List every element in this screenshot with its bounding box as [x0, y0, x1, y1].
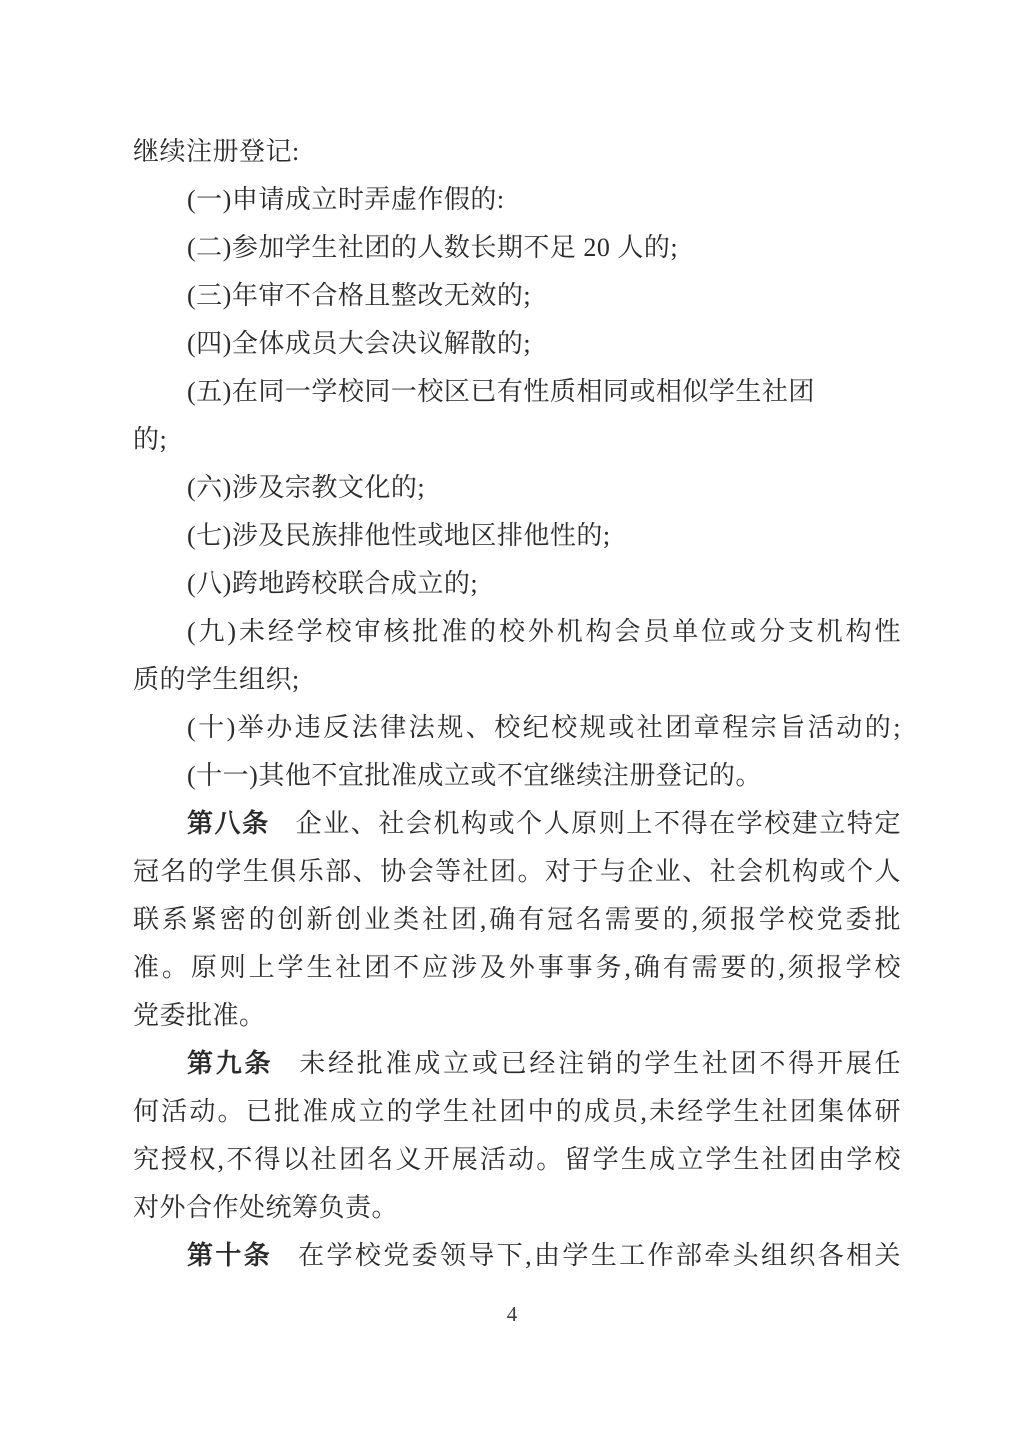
document-page: 继续注册登记: (一)申请成立时弄虚作假的: (二)参加学生社团的人数长期不足 …	[0, 0, 1024, 1448]
text-line: 的;	[133, 416, 901, 464]
list-item-line: (二)参加学生社团的人数长期不足 20 人的;	[133, 224, 901, 272]
text-line: 冠名的学生俱乐部、协会等社团。对于与企业、社会机构或个人	[133, 848, 901, 896]
list-item-line: (八)跨地跨校联合成立的;	[133, 560, 901, 608]
page-number: 4	[0, 1300, 1024, 1328]
list-item-line: (五)在同一学校同一校区已有性质相同或相似学生社团	[133, 368, 901, 416]
article-opening-line: 第十条在学校党委领导下,由学生工作部牵头组织各相关	[133, 1232, 901, 1280]
text-line: 究授权,不得以社团名义开展活动。留学生成立学生社团由学校	[133, 1136, 901, 1184]
article-number-bold: 第十条	[187, 1241, 272, 1270]
text-line: 联系紧密的创新创业类社团,确有冠名需要的,须报学校党委批	[133, 896, 901, 944]
article-opening-line: 第八条企业、社会机构或个人原则上不得在学校建立特定	[133, 800, 901, 848]
article-text: 在学校党委领导下,由学生工作部牵头组织各相关	[298, 1241, 901, 1270]
document-text-block: 继续注册登记: (一)申请成立时弄虚作假的: (二)参加学生社团的人数长期不足 …	[133, 128, 901, 1280]
article-text: 未经批准成立或已经注销的学生社团不得开展任	[299, 1049, 901, 1078]
article-number-bold: 第八条	[187, 809, 270, 838]
article-number-bold: 第九条	[187, 1049, 273, 1078]
list-item-line: (十一)其他不宜批准成立或不宜继续注册登记的。	[133, 752, 901, 800]
article-opening-line: 第九条未经批准成立或已经注销的学生社团不得开展任	[133, 1040, 901, 1088]
list-item-line: (六)涉及宗教文化的;	[133, 464, 901, 512]
text-line: 何活动。已批准成立的学生社团中的成员,未经学生社团集体研	[133, 1088, 901, 1136]
list-item-line: (十)举办违反法律法规、校纪校规或社团章程宗旨活动的;	[133, 704, 901, 752]
list-item-line: (四)全体成员大会决议解散的;	[133, 320, 901, 368]
text-line: 继续注册登记:	[133, 128, 901, 176]
list-item-line: (一)申请成立时弄虚作假的:	[133, 176, 901, 224]
list-item-line: (七)涉及民族排他性或地区排他性的;	[133, 512, 901, 560]
list-item-line: (九)未经学校审核批准的校外机构会员单位或分支机构性	[133, 608, 901, 656]
text-line: 质的学生组织;	[133, 656, 901, 704]
list-item-line: (三)年审不合格且整改无效的;	[133, 272, 901, 320]
article-text: 企业、社会机构或个人原则上不得在学校建立特定	[296, 809, 901, 838]
text-line: 党委批准。	[133, 992, 901, 1040]
text-line: 对外合作处统筹负责。	[133, 1184, 901, 1232]
text-line: 准。原则上学生社团不应涉及外事事务,确有需要的,须报学校	[133, 944, 901, 992]
